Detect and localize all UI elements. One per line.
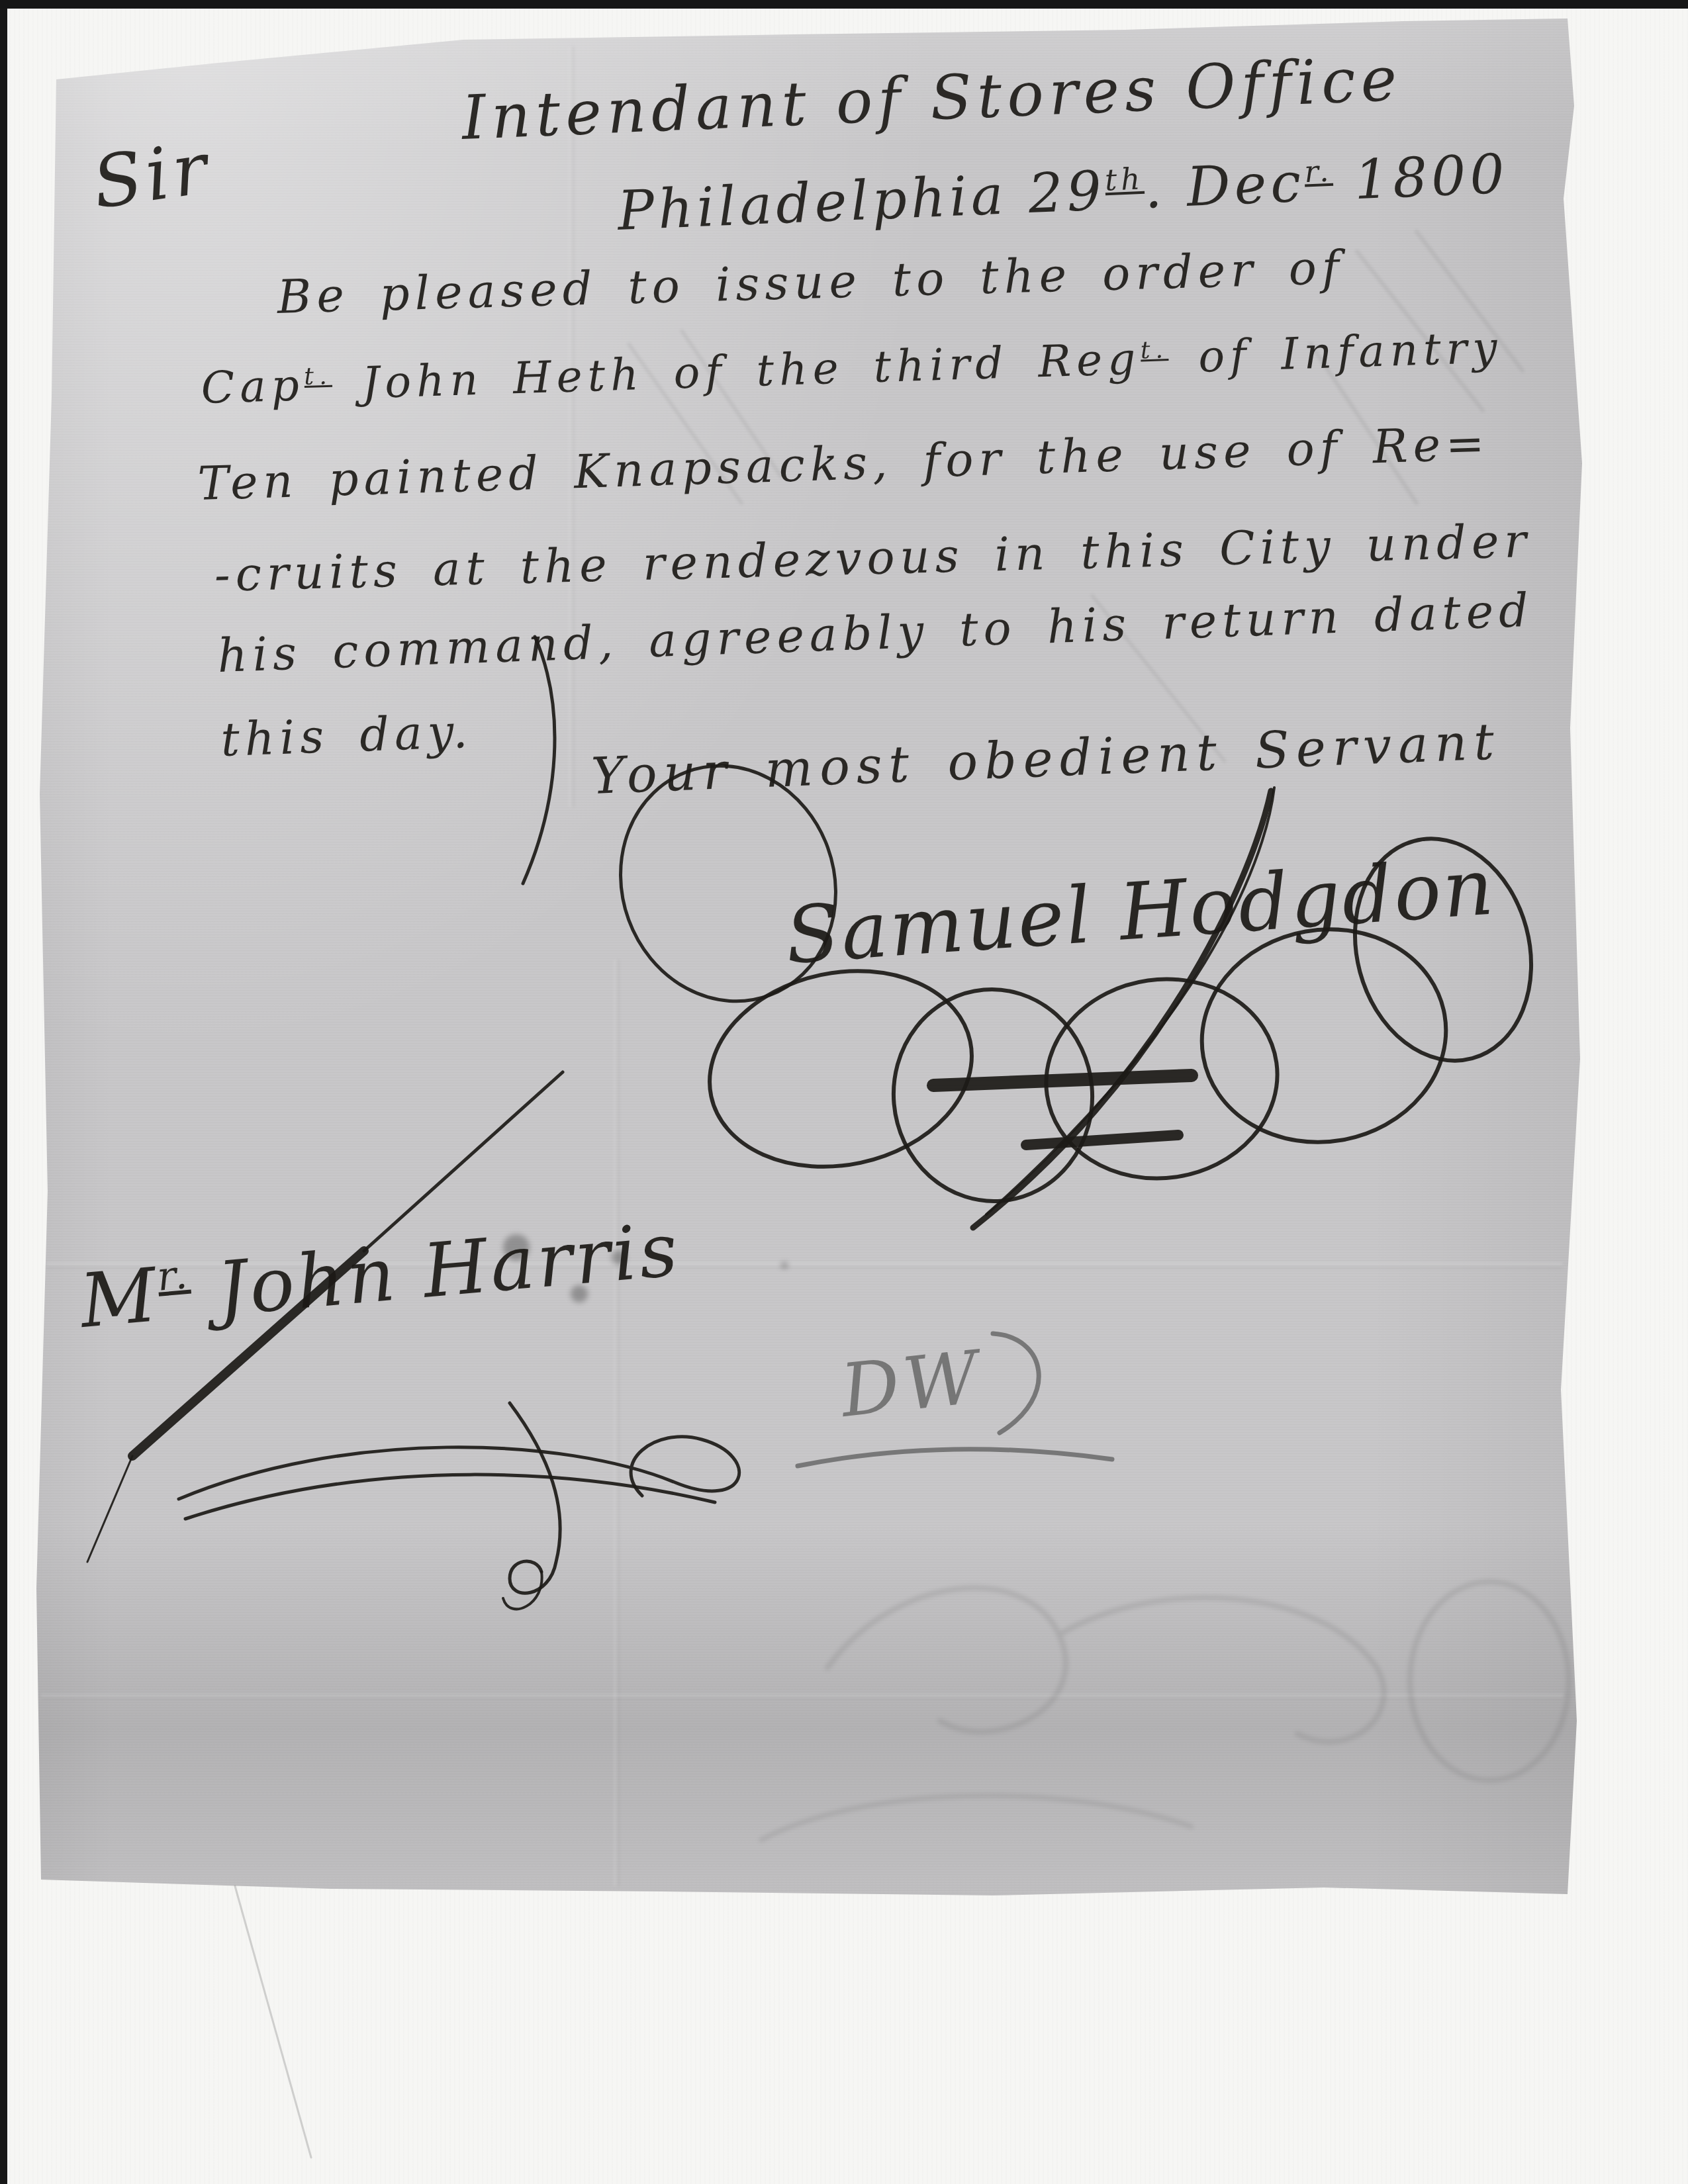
heading-year: 1800 [1332,143,1509,213]
day-superscript: th [1104,161,1145,197]
body-line-6: this day. [220,704,473,767]
regiment-superscript: t. [1140,335,1168,364]
scanned-letter-page: { "page": { "background_color": "#f6f6f4… [0,0,1688,2184]
addressee-flourish: Mr. John Harris [46,1032,827,1641]
captain-superscript: t. [304,361,332,390]
addressee-name: John Harris [187,1206,683,1335]
heading-month: . Dec [1143,152,1306,221]
signature-name: Samuel Hodgdon [782,841,1498,981]
pencil-initials-mark: DW [781,1317,1125,1502]
body-line-2-end: of Infantry [1168,322,1503,383]
svg-text:Mr. John Harris: Mr. John Harris [75,1206,683,1345]
captain-abbrev: Cap [201,359,305,414]
month-superscript: r. [1303,153,1333,189]
addressee-title-superscript: r. [156,1251,192,1300]
salutation: Sir [88,126,216,225]
addressee-title: M [75,1252,163,1345]
pencil-initials: DW [835,1334,987,1433]
